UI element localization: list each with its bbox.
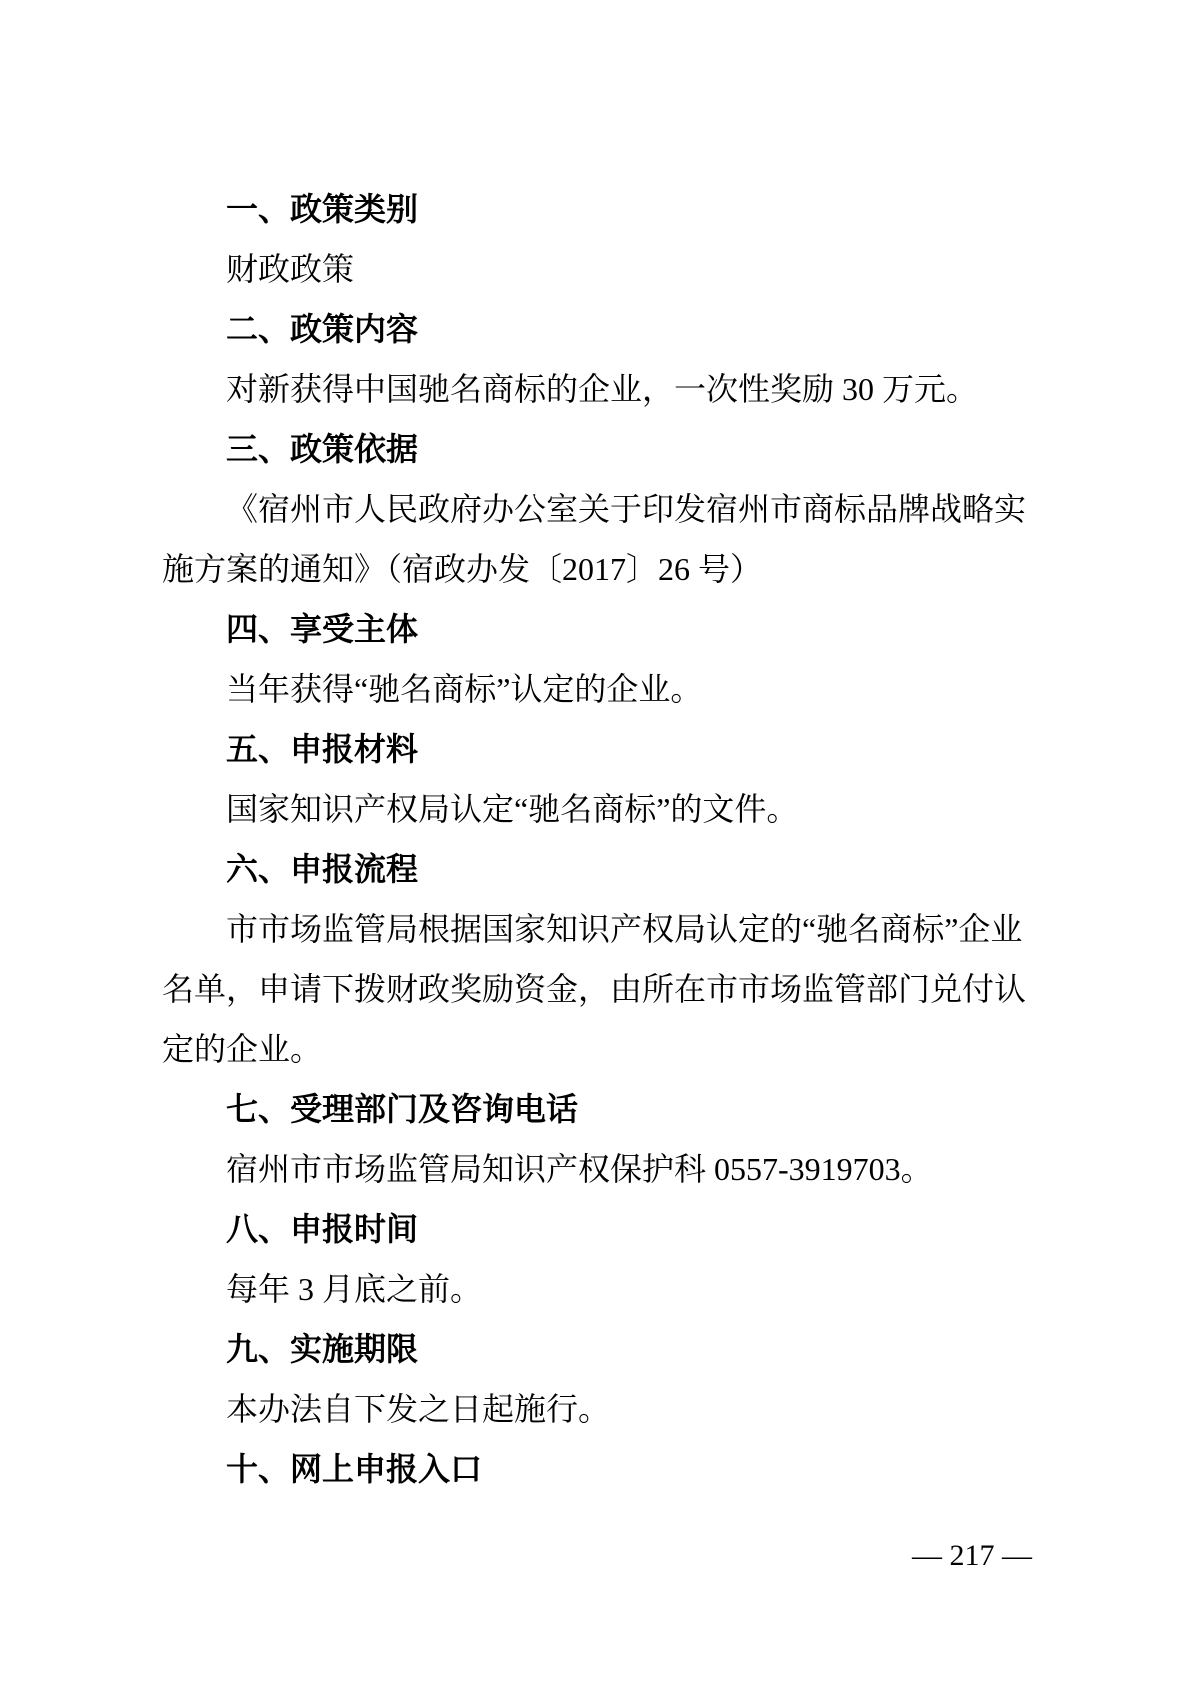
section-10-heading: 十、网上申报入口 — [162, 1439, 1062, 1499]
section-1-heading: 一、政策类别 — [162, 179, 1062, 239]
section-6-body-line-2: 名单，申请下拨财政奖励资金，由所在市市场监管部门兑付认 — [162, 959, 1062, 1019]
section-3-heading: 三、政策依据 — [162, 419, 1062, 479]
section-8-heading: 八、申报时间 — [162, 1199, 1062, 1259]
section-6-heading: 六、申报流程 — [162, 839, 1062, 899]
section-2-body-line-1: 对新获得中国驰名商标的企业，一次性奖励 30 万元。 — [162, 359, 1062, 419]
section-6-body-line-3: 定的企业。 — [162, 1019, 1062, 1079]
section-7-heading: 七、受理部门及咨询电话 — [162, 1079, 1062, 1139]
document-page: 一、政策类别 财政政策 二、政策内容 对新获得中国驰名商标的企业，一次性奖励 3… — [0, 0, 1190, 1683]
section-2-heading: 二、政策内容 — [162, 299, 1062, 359]
section-9-heading: 九、实施期限 — [162, 1319, 1062, 1379]
section-6-body-line-1: 市市场监管局根据国家知识产权局认定的“驰名商标”企业 — [162, 899, 1062, 959]
section-5-heading: 五、申报材料 — [162, 719, 1062, 779]
text-block: 一、政策类别 财政政策 二、政策内容 对新获得中国驰名商标的企业，一次性奖励 3… — [162, 179, 1062, 1499]
section-8-body-line-1: 每年 3 月底之前。 — [162, 1259, 1062, 1319]
section-5-body-line-1: 国家知识产权局认定“驰名商标”的文件。 — [162, 779, 1062, 839]
section-1-body-line-1: 财政政策 — [162, 239, 1062, 299]
section-3-body-line-1: 《宿州市人民政府办公室关于印发宿州市商标品牌战略实 — [162, 479, 1062, 539]
section-3-body-line-2: 施方案的通知》（宿政办发〔2017〕26 号） — [162, 539, 1062, 599]
section-4-heading: 四、享受主体 — [162, 599, 1062, 659]
section-4-body-line-1: 当年获得“驰名商标”认定的企业。 — [162, 659, 1062, 719]
section-9-body-line-1: 本办法自下发之日起施行。 — [162, 1379, 1062, 1439]
page-footer: — 217 — — [162, 1526, 1032, 1586]
page-number: — 217 — — [912, 1539, 1032, 1572]
section-7-body-line-1: 宿州市市场监管局知识产权保护科 0557-3919703。 — [162, 1139, 1062, 1199]
